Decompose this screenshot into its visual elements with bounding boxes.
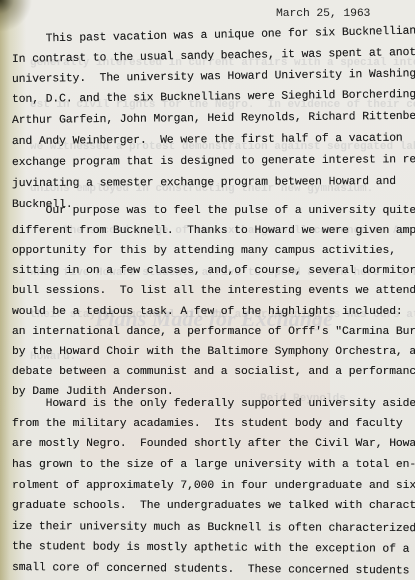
text-line: graduate schools. The undergraduates we … xyxy=(12,500,415,512)
text-line: from the military acadamies. Its student… xyxy=(12,418,403,430)
text-line: by the Howard Choir with the Baltimore S… xyxy=(12,346,415,358)
text-line: Howard is the only federally supported u… xyxy=(12,398,415,410)
text-line: sitting in on a few classes, and,of cour… xyxy=(12,265,415,277)
text-line: are mostly Negro. Founded shortly after … xyxy=(12,438,415,450)
text-line: an international dance, a performance of… xyxy=(12,326,415,338)
text-line: the student body is mostly apthetic with… xyxy=(12,541,409,556)
typed-letter: March 25, 1963 This past vacation was a … xyxy=(0,0,415,580)
text-line: ton, D.C. and the six Bucknellians were … xyxy=(12,89,415,106)
text-line: juvinating a semester exchange program b… xyxy=(12,176,396,190)
text-line: Arthur Garfein, John Morgan, Heid Reynol… xyxy=(12,111,415,127)
text-line: This past vacation was a unique one for … xyxy=(12,25,415,46)
text-line: by Dame Judith Anderson. xyxy=(12,386,174,398)
text-line: Our purpose was to feel the pulse of a u… xyxy=(12,205,415,217)
text-line: debate between a communist and a sociali… xyxy=(12,366,415,378)
text-line: exchange program that is designed to gen… xyxy=(12,154,415,169)
text-line: ize their university much as Bucknell is… xyxy=(12,521,415,535)
text-line: In contrast to the usual sandy beaches, … xyxy=(12,47,415,66)
text-line: opportunity for this by attending many c… xyxy=(12,245,396,257)
text-line: rolment of approximately 7,000 in four u… xyxy=(12,480,415,492)
text-line: university. The university was Howard Un… xyxy=(12,68,415,86)
text-line: bull sessions. To list all the interesti… xyxy=(12,285,415,297)
letter-date: March 25, 1963 xyxy=(276,8,370,20)
text-line: small core of concerned students. These … xyxy=(12,562,415,578)
text-line: would be a tedious task. A few of the hi… xyxy=(12,306,403,318)
text-line: different from Bucknell. Thanks to Howar… xyxy=(12,225,415,237)
text-line: and Andy Weinberger. We were the first h… xyxy=(12,133,403,148)
text-line: has grown to the size of a large univers… xyxy=(12,459,415,471)
